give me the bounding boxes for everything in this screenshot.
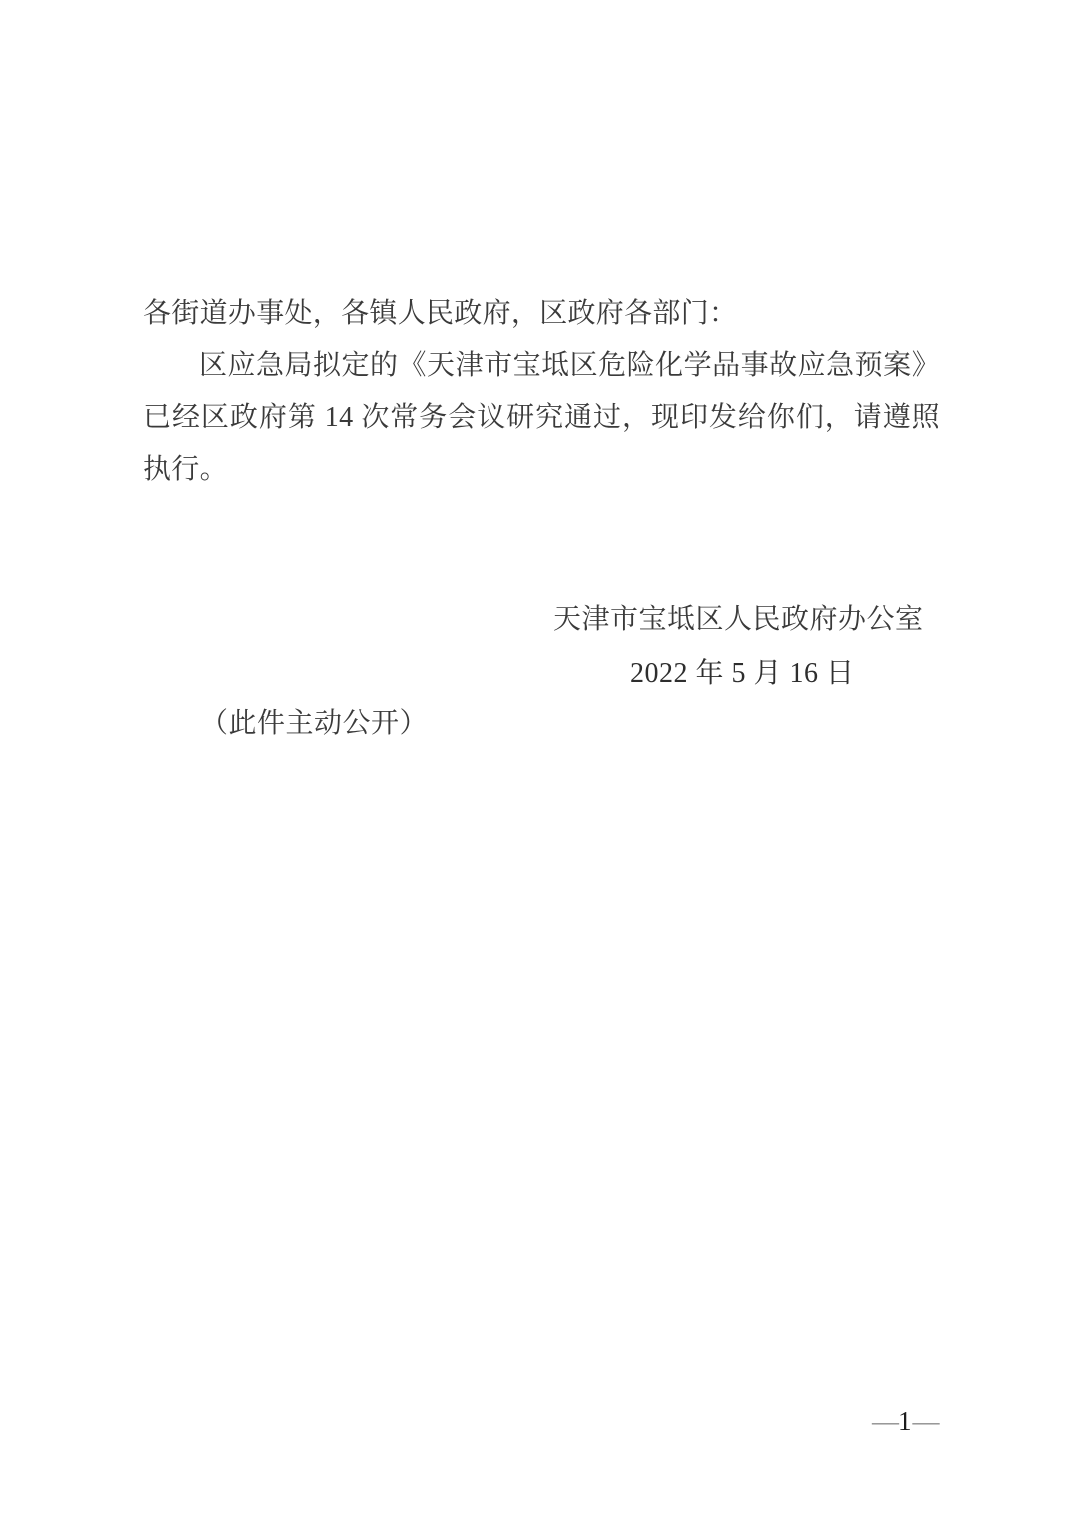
issuing-office-signature: 天津市宝坻区人民政府办公室 [553, 606, 924, 634]
body-paragraph-line-3: 执行。 [143, 444, 940, 496]
document-page: 各街道办事处，各镇人民政府，区政府各部门： 区应急局拟定的《天津市宝坻区危险化学… [0, 0, 1074, 1520]
disclosure-note: （此件主动公开） [200, 710, 428, 738]
body-paragraph-line-1: 区应急局拟定的《天津市宝坻区危险化学品事故应急预案》 [143, 340, 940, 392]
page-number: —1— [872, 1408, 938, 1435]
issue-date: 2022 年 5 月 16 日 [630, 660, 855, 688]
document-body: 各街道办事处，各镇人民政府，区政府各部门： 区应急局拟定的《天津市宝坻区危险化学… [143, 288, 940, 496]
page-number-value: 1 [897, 1406, 913, 1436]
page-number-dash-left: — [872, 1406, 897, 1436]
salutation-line: 各街道办事处，各镇人民政府，区政府各部门： [143, 288, 940, 340]
body-paragraph-line-2: 已经区政府第 14 次常务会议研究通过，现印发给你们，请遵照 [143, 392, 940, 444]
page-number-dash-right: — [913, 1406, 938, 1436]
